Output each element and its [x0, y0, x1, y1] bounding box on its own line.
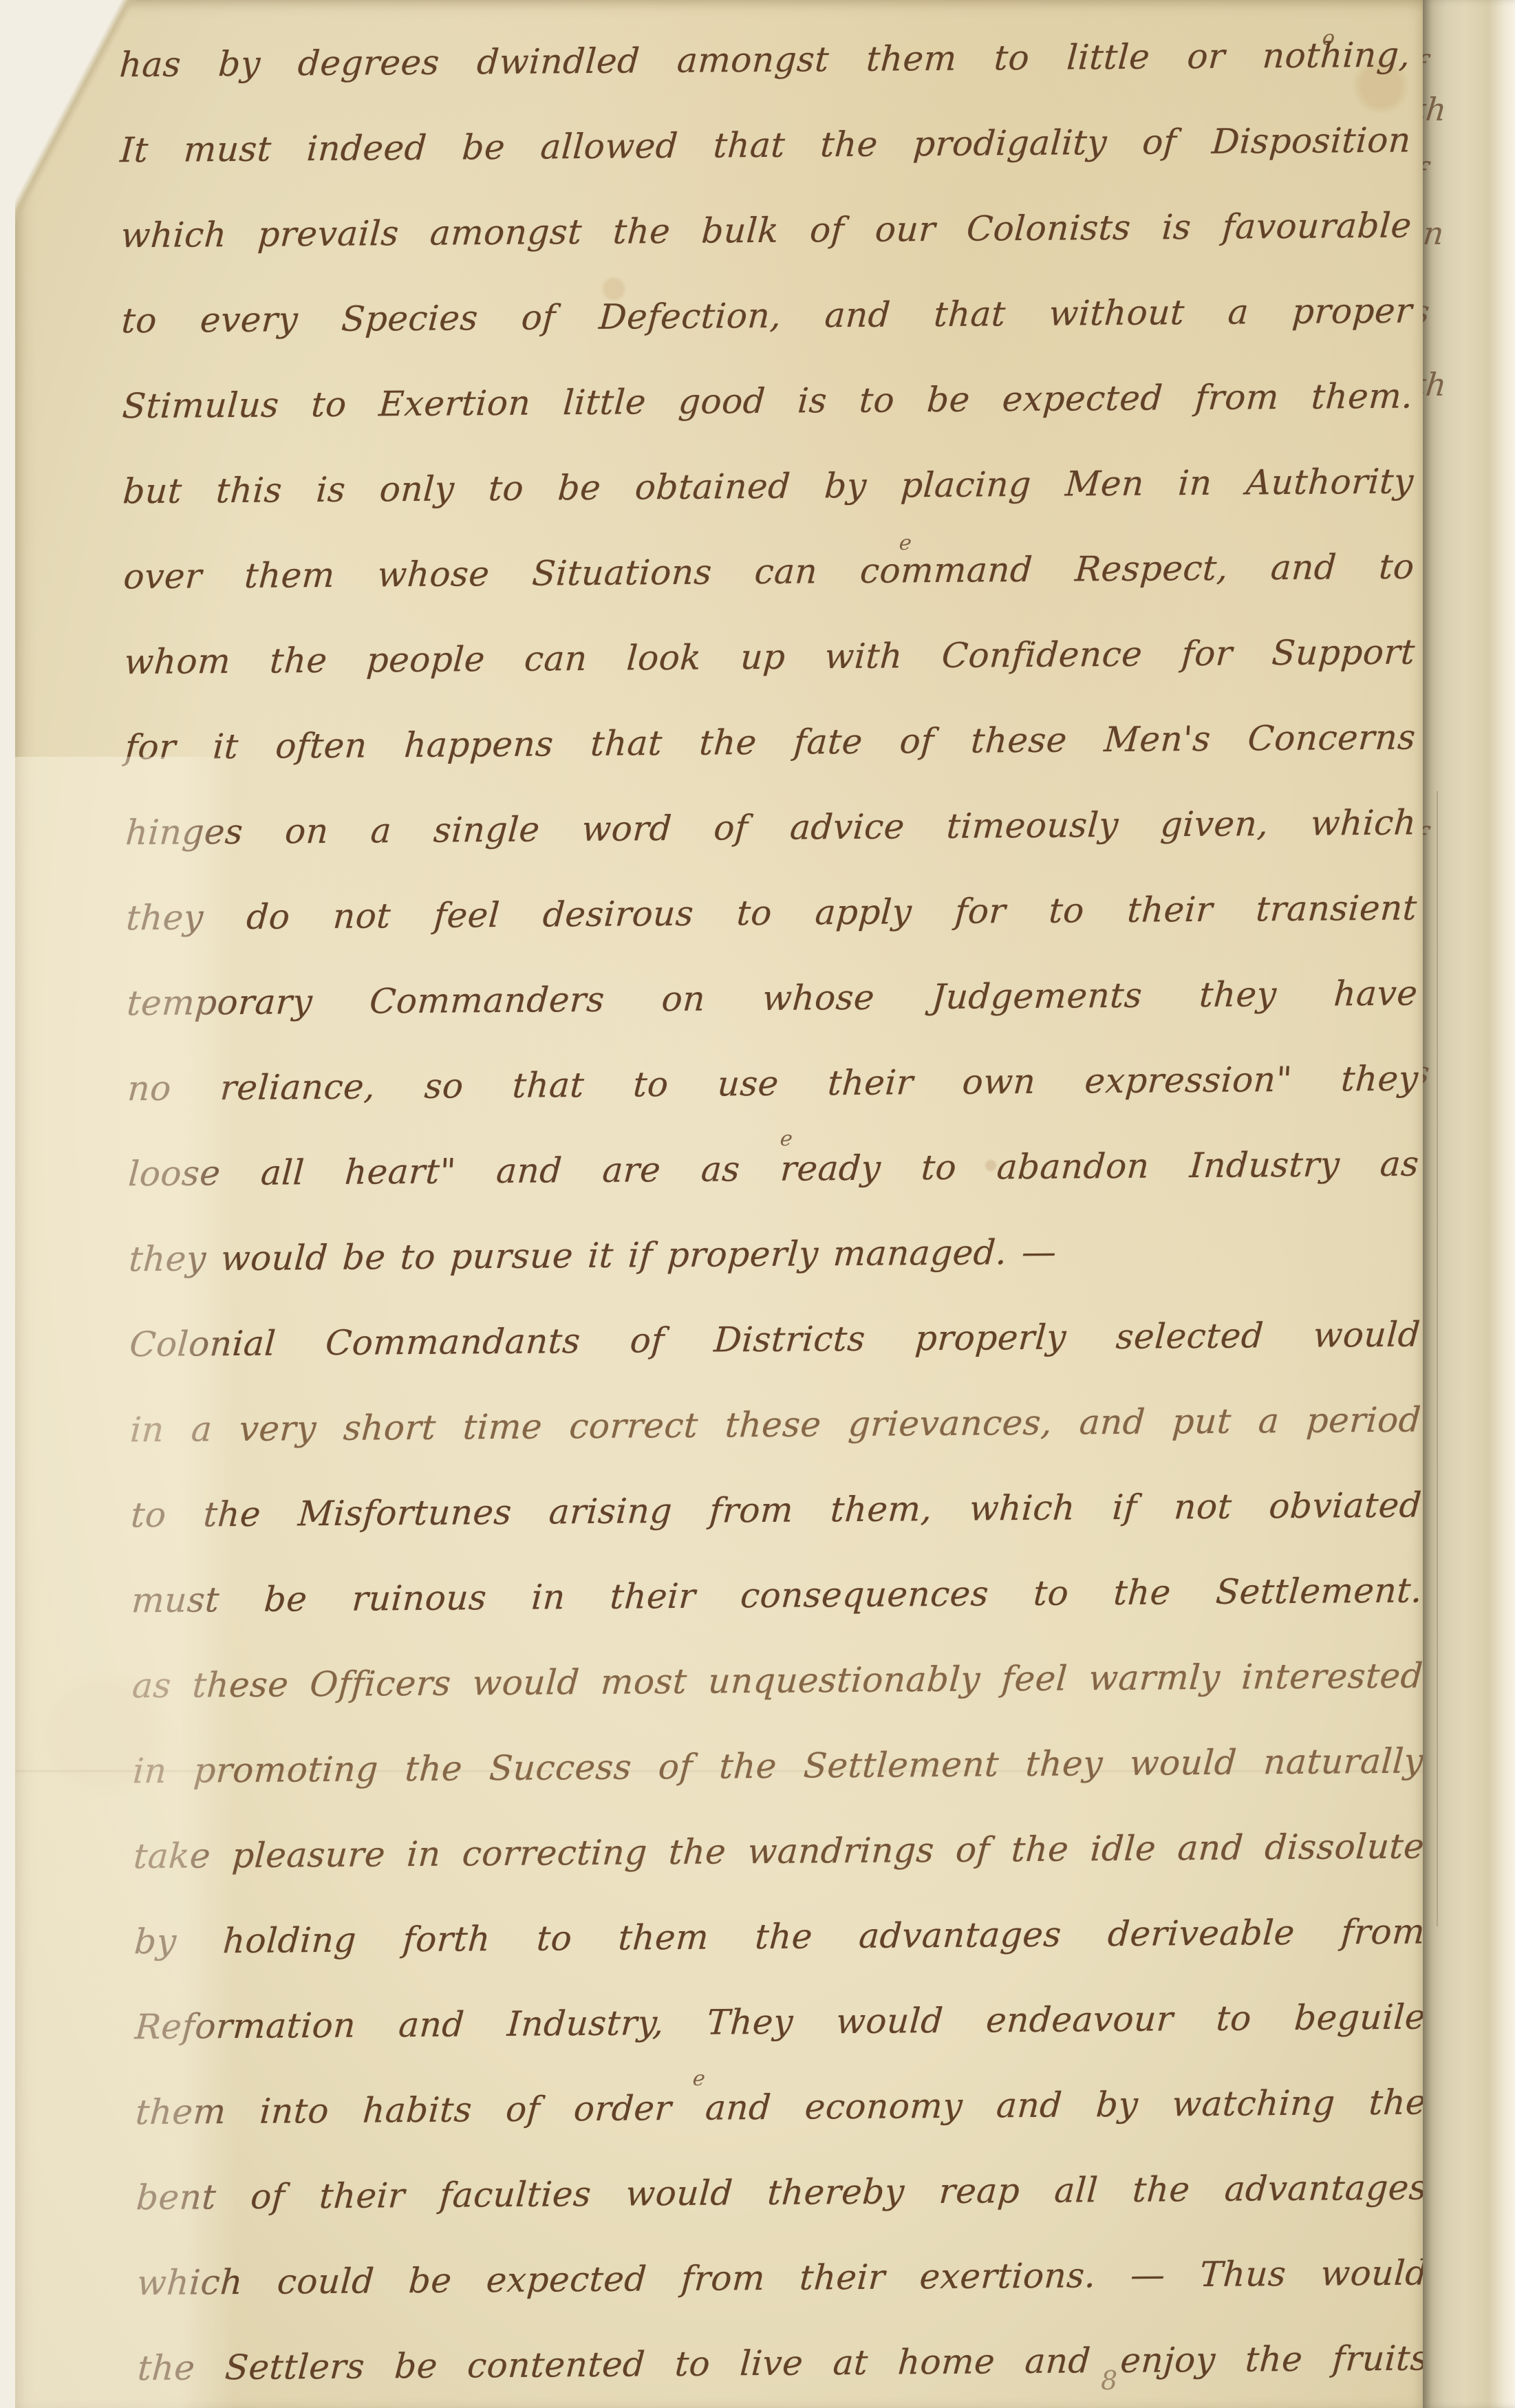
- manuscript-line-6: but this is only to be obtained by placi…: [122, 464, 1415, 509]
- manuscript-line-2: It must indeed be allowed that the prodi…: [119, 123, 1412, 168]
- insertion-mark-2: e: [898, 531, 912, 555]
- edge-text-fragment-1: f: [1423, 48, 1427, 85]
- manuscript-line-18: to the Misfortunes arising from them, wh…: [130, 1487, 1423, 1532]
- manuscript-line-17: in a very short time correct these griev…: [129, 1402, 1422, 1447]
- manuscript-line-12: temporary Commanders on whose Judgements…: [126, 976, 1419, 1020]
- manuscript-line-19: must be ruinous in their consequences to…: [131, 1573, 1423, 1617]
- insertion-mark-4: e: [691, 2067, 706, 2091]
- manuscript-line-4: to every Species of Defection, and that …: [120, 294, 1413, 338]
- handwritten-text-block: has by degrees dwindled amongst them to …: [15, 0, 1423, 2408]
- manuscript-line-15: they would be to pursue it if properly m…: [128, 1235, 1057, 1277]
- manuscript-line-9: for it often happens that the fate of th…: [124, 720, 1417, 765]
- manuscript-line-5: Stimulus to Exertion little good is to b…: [121, 379, 1414, 424]
- manuscript-line-11: they do not feel desirous to apply for t…: [125, 890, 1418, 935]
- manuscript-line-1: has by degrees dwindled amongst them to …: [118, 38, 1411, 83]
- manuscript-line-21: in promoting the Success of the Settleme…: [132, 1743, 1423, 1788]
- insertion-mark-1: o: [1321, 26, 1336, 50]
- page-number-mark: 8: [1101, 2365, 1117, 2396]
- manuscript-line-26: bent of their faculties would thereby re…: [136, 2170, 1423, 2215]
- manuscript-line-23: by holding forth to them the advantages …: [133, 1914, 1423, 1959]
- manuscript-page: has by degrees dwindled amongst them to …: [15, 0, 1423, 2408]
- manuscript-line-8: whom the people can look up with Confide…: [123, 635, 1416, 680]
- edge-text-fragment-8: s: [1423, 1054, 1431, 1091]
- edge-text-fragment-6: th: [1423, 366, 1448, 403]
- manuscript-line-28: the Settlers be contented to live at hom…: [137, 2341, 1423, 2385]
- manuscript-line-20: as these Officers would most unquestiona…: [131, 1658, 1423, 1703]
- edge-text-fragment-2: th: [1423, 91, 1448, 128]
- insertion-mark-3: e: [779, 1127, 793, 1151]
- edge-text-fragment-3: f: [1423, 155, 1427, 193]
- manuscript-line-10: hinges on a single word of advice timeou…: [125, 805, 1417, 850]
- manuscript-line-16: Colonial Commandants of Districts proper…: [129, 1317, 1421, 1362]
- manuscript-line-25: them into habits of order and economy an…: [135, 2085, 1423, 2129]
- adjacent-page-edge: fthfinsthfs: [1423, 0, 1515, 2408]
- manuscript-line-3: which prevails amongst the bulk of our C…: [120, 208, 1412, 253]
- manuscript-line-14: loose all heart" and are as ready to aba…: [127, 1146, 1420, 1191]
- scan-background: has by degrees dwindled amongst them to …: [0, 0, 1515, 2408]
- edge-text-fragment-5: s: [1423, 293, 1431, 330]
- manuscript-line-27: which could be expected from their exert…: [136, 2255, 1423, 2300]
- edge-text-fragment-7: f: [1423, 820, 1427, 857]
- manuscript-line-22: take pleasure in correcting the wandring…: [133, 1829, 1423, 1873]
- manuscript-line-24: Reformation and Industry, They would end…: [134, 1999, 1423, 2044]
- manuscript-line-13: no reliance, so that to use their own ex…: [127, 1061, 1419, 1106]
- edge-text-fragment-4: in: [1423, 215, 1446, 252]
- manuscript-line-7: over them whose Situations can command R…: [122, 550, 1415, 594]
